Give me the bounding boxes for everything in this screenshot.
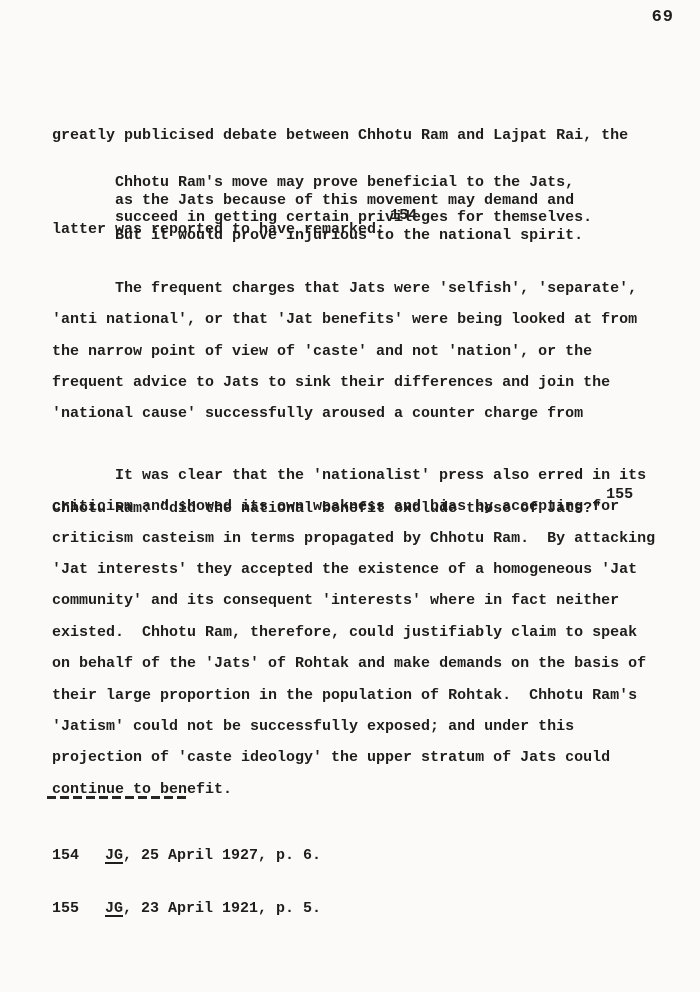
footnote-155-text: , 23 April 1921, p. 5. — [123, 900, 321, 918]
footnotes: 154JG, 25 April 1927, p. 6. 155JG, 23 Ap… — [52, 812, 321, 953]
paragraph-3-lines: It was clear that the 'nationalist' pres… — [52, 460, 655, 805]
text-line: as the Jats because of this movement may… — [115, 192, 592, 210]
text-line: frequent advice to Jats to sink their di… — [52, 367, 637, 398]
text-line: criticism and showed its own weakness an… — [52, 491, 655, 522]
footnote-154-number: 154 — [52, 847, 105, 865]
text-line: criticism casteism in terms propagated b… — [52, 523, 655, 554]
text-line: the narrow point of view of 'caste' and … — [52, 336, 637, 367]
footnote-separator-rule — [47, 796, 190, 799]
footnote-154-ref: JG — [105, 847, 123, 865]
footnote-154-text: , 25 April 1927, p. 6. — [123, 847, 321, 865]
text-line: 'Jatism' could not be successfully expos… — [52, 711, 655, 742]
footnote-155-number: 155 — [52, 900, 105, 918]
text-line: on behalf of the 'Jats' of Rohtak and ma… — [52, 648, 655, 679]
text-line: The frequent charges that Jats were 'sel… — [52, 273, 637, 304]
text-line: It was clear that the 'nationalist' pres… — [52, 460, 655, 491]
document-page: 69 greatly publicised debate between Chh… — [0, 0, 700, 992]
text-line: 'anti national', or that 'Jat benefits' … — [52, 304, 637, 335]
footnote-155: 155JG, 23 April 1921, p. 5. — [52, 900, 321, 918]
text-line: 'Jat interests' they accepted the existe… — [52, 554, 655, 585]
footnote-155-ref: JG — [105, 900, 123, 918]
text-line: Chhotu Ram's move may prove beneficial t… — [115, 174, 592, 192]
footnote-154: 154JG, 25 April 1927, p. 6. — [52, 847, 321, 865]
text-line: community' and its consequent 'interests… — [52, 585, 655, 616]
page-number: 69 — [652, 8, 674, 27]
text-line: continue to benefit. — [52, 774, 655, 805]
text-line: projection of 'caste ideology' the upper… — [52, 742, 655, 773]
text-line: their large proportion in the population… — [52, 680, 655, 711]
text-line: existed. Chhotu Ram, therefore, could ju… — [52, 617, 655, 648]
